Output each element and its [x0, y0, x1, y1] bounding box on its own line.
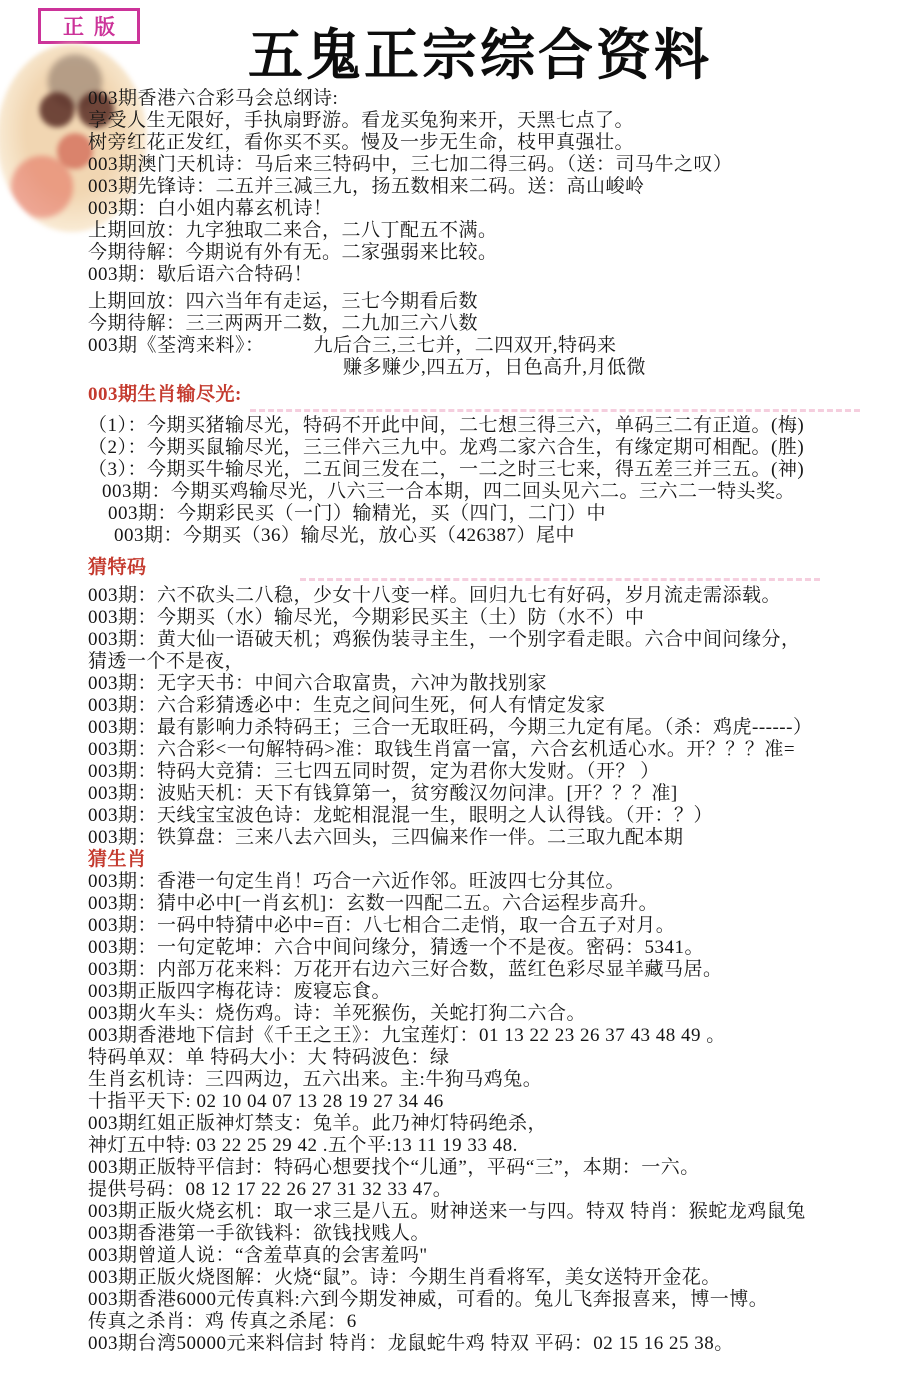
authentic-badge-label: 正版 — [53, 11, 125, 41]
text-line: 今期待解：今期说有外有无。二家强弱来比较。 — [88, 242, 896, 264]
text-line: 特码单双：单 特码大小：大 特码波色：绿 — [88, 1047, 896, 1069]
text-line: 003期香港第一手欲钱料：欲钱找贱人。 — [88, 1223, 896, 1245]
text-line: 003期正版四字梅花诗：废寝忘食。 — [88, 981, 896, 1003]
text-line: 003期：六合彩<一句解特码>准：取钱生肖富一富，六合玄机适心水。开？？？准= — [88, 739, 896, 761]
text-line: 003期：猜中必中[一肖玄机]：玄数一四配二五。六合运程步高升。 — [88, 893, 896, 915]
text-line: 003期：一码中特猜中必中=百：八七相合二走悄，取一合五子对月。 — [88, 915, 896, 937]
text-line: 神灯五中特: 03 22 25 29 42 .五个平:13 11 19 33 4… — [88, 1135, 896, 1157]
text-line: 003期：特码大竞猜：三七四五同时贺，定为君你大发财。（开？ ） — [88, 761, 896, 783]
text-line: 003期红姐正版神灯禁支：兔羊。此乃神灯特码绝杀， — [88, 1113, 896, 1135]
text-line: 003期曾道人说：“含羞草真的会害羞吗" — [88, 1245, 896, 1267]
text-line: 003期：内部万花来料：万花开右边六三好合数，蓝红色彩尽显羊藏马居。 — [88, 959, 896, 981]
text-line: 003期：今期买鸡输尽光，八六三一合本期，四二回头见六二。三六二一特头奖。 — [88, 481, 896, 503]
text-line: 003期：白小姐内幕玄机诗！ — [88, 198, 896, 220]
text-line: 享受人生无限好，手执扇野游。看龙买兔狗来开，天黑七点了。 — [88, 110, 896, 132]
text-line: 003期：无字天书：中间六合取富贵，六冲为散找别家 — [88, 673, 896, 695]
text-line: 今期待解：三三两两开二数，二九加三六八数 — [88, 313, 896, 335]
pink-dashed-line — [250, 409, 860, 412]
text-line: 003期正版火烧图解：火烧“鼠”。诗：今期生肖看将军，美女送特开金花。 — [88, 1267, 896, 1289]
content: 003期香港六合彩马会总纲诗:享受人生无限好，手执扇野游。看龙买兔狗来开，天黑七… — [88, 88, 896, 1355]
text-line: 003期先锋诗：二五并三减三九，扬五数相来二码。送：高山峻岭 — [88, 176, 896, 198]
text-line: 003期澳门天机诗：马后来三特码中，三七加二得三码。（送：司马牛之叹） — [88, 154, 896, 176]
text-line: 003期：六合彩猜透必中：生克之间问生死，何人有情定发家 — [88, 695, 896, 717]
text-line: 003期《荃湾来料》： 九后合三,三七并，二四双开,特码来 — [88, 335, 896, 357]
text-line: 003期：六不砍头二八稳，少女十八变一样。回归九七有好码，岁月流走需添载。 — [88, 585, 896, 607]
text-line: （2）：今期买鼠输尽光，三三伴六三九中。龙鸡二家六合生，有缘定期可相配。(胜) — [88, 437, 896, 459]
text-line: 003期香港6000元传真料:六到今期发神威，可看的。兔儿飞奔报喜来，博一博。 — [88, 1289, 896, 1311]
text-line: 003期台湾50000元来料信封 特肖：龙鼠蛇牛鸡 特双 平码：02 15 16… — [88, 1333, 896, 1355]
text-line: 树旁红花正发红，看你买不买。慢及一步无生命，枝甲真强壮。 — [88, 132, 896, 154]
lottery-info-sheet: 正版 五鬼正宗综合资料 003期香港六合彩马会总纲诗:享受人生无限好，手执扇野游… — [0, 0, 900, 1381]
text-line: 上期回放：四六当年有走运，三七今期看后数 — [88, 291, 896, 313]
text-line: 003期火车头：烧伤鸡。诗：羊死猴伤，关蛇打狗二六合。 — [88, 1003, 896, 1025]
text-line: 003期：波贴天机：天下有钱算第一，贫穷酸汉勿问津。[开？？？准] — [88, 783, 896, 805]
pink-dashed-line — [300, 578, 820, 581]
text-line: 003期香港地下信封《千王之王》：九宝莲灯：01 13 22 23 26 37 … — [88, 1025, 896, 1047]
text-line: 十指平天下: 02 10 04 07 13 28 19 27 34 46 — [88, 1091, 896, 1113]
text-line: 003期正版火烧玄机：取一求三是八五。财神送来一与四。特双 特肖：猴蛇龙鸡鼠兔 — [88, 1201, 896, 1223]
text-line: 上期回放：九字独取二来合，二八丁配五不满。 — [88, 220, 896, 242]
text-line: （1）：今期买猪输尽光，特码不开此中间，二七想三得三六，单码三二有正道。(梅) — [88, 415, 896, 437]
text-line: 003期：歇后语六合特码！ — [88, 264, 896, 286]
text-line: 003期香港六合彩马会总纲诗: — [88, 88, 896, 110]
text-line: 003期：铁算盘：三来八去六回头，三四偏来作一伴。二三取九配本期 — [88, 827, 896, 849]
text-line: 003期：天线宝宝波色诗：龙蛇相混混一生，眼明之人认得钱。（开：？） — [88, 805, 896, 827]
section-heading: 猜特码 — [88, 557, 896, 579]
text-line: 赚多赚少,四五万，日色高升,月低微 — [88, 357, 896, 379]
section-heading: 猜生肖 — [88, 849, 896, 871]
text-line: 003期：今期彩民买（一门）输精光，买（四门，二门）中 — [88, 503, 896, 525]
text-line: 003期：香港一句定生肖！巧合一六近作邻。旺波四七分其位。 — [88, 871, 896, 893]
text-line: 003期：最有影响力杀特码王；三合一无取旺码，今期三九定有尾。（杀：鸡虎----… — [88, 717, 896, 739]
text-line: 003期正版特平信封：特码心想要找个“儿通”，平码“三”，本期：一六。 — [88, 1157, 896, 1179]
authentic-badge: 正版 — [38, 8, 140, 44]
text-line: 003期：黄大仙一语破天机；鸡猴伪装寻主生，一个别字看走眼。六合中间问缘分， — [88, 629, 896, 651]
page-title: 五鬼正宗综合资料 — [248, 26, 808, 86]
text-line: 003期：今期买（36）输尽光，放心买（426387）尾中 — [88, 525, 896, 547]
text-line: 传真之杀肖：鸡 传真之杀尾：6 — [88, 1311, 896, 1333]
text-line: 003期：今期买（水）输尽光，今期彩民买主（土）防（水不）中 — [88, 607, 896, 629]
text-line: （3）：今期买牛输尽光，二五间三发在二，一二之时三七来，得五差三并三五。(神) — [88, 459, 896, 481]
text-line: 003期：一句定乾坤：六合中间问缘分，猜透一个不是夜。密码：5341。 — [88, 937, 896, 959]
text-line: 猜透一个不是夜， — [88, 651, 896, 673]
section-heading: 003期生肖输尽光: — [88, 384, 896, 406]
text-line: 提供号码：08 12 17 22 26 27 31 32 33 47。 — [88, 1179, 896, 1201]
text-line: 生肖玄机诗：三四两边，五六出来。主:牛狗马鸡兔。 — [88, 1069, 896, 1091]
